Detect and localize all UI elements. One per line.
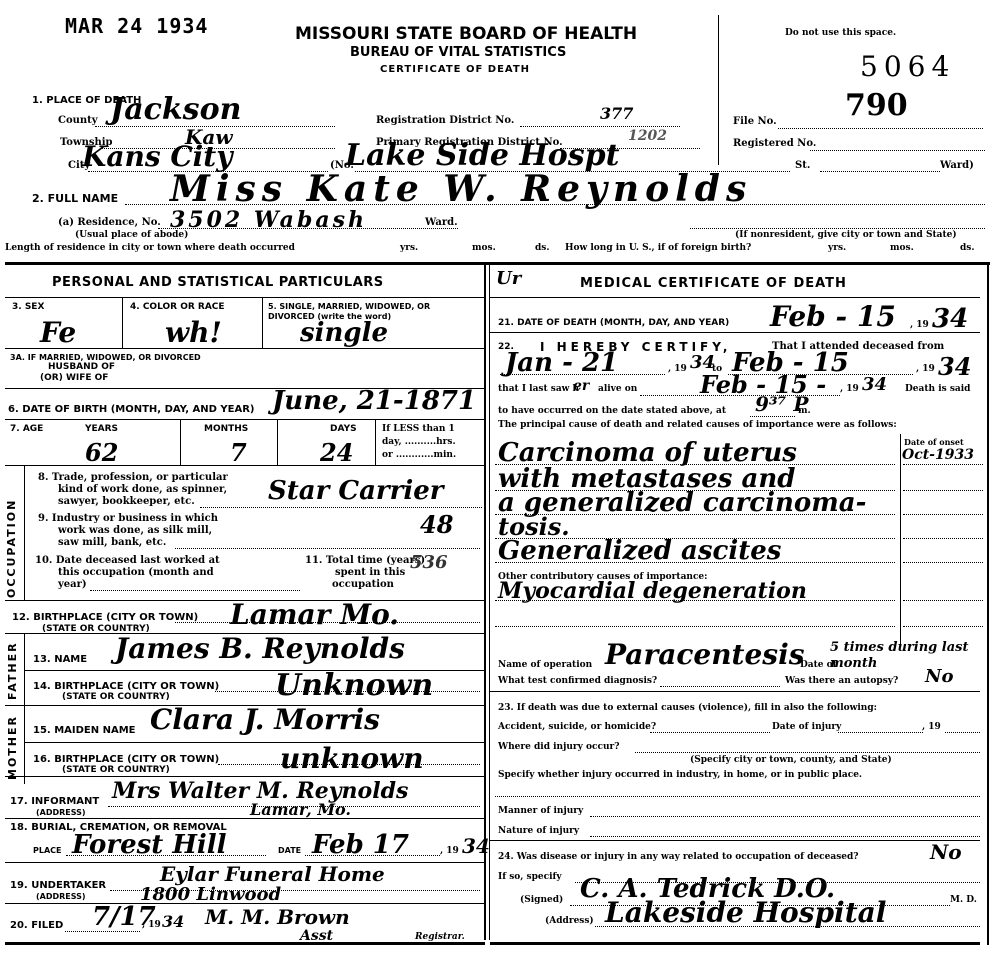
occupational-value: No [930,840,962,864]
cause-5: Generalized ascites [498,536,781,566]
filed-year: 34 [162,912,184,931]
manner-line [590,816,980,817]
burial-date-value: Feb 17 [312,830,409,860]
injury-year-prefix: , 19 [922,722,941,732]
injury-date-line [838,732,923,733]
autopsy-value: No [925,666,953,687]
foreign-mos-label: mos. [890,243,914,253]
injury-specify-label: Specify whether injury occurred in indus… [498,770,862,780]
total-time-label-2: spent in this [335,567,405,578]
last-saw-year-prefix: , 19 [840,384,859,394]
county-label: County [58,115,98,126]
file-no-label: File No. [733,116,777,127]
manner-label: Manner of injury [498,806,583,816]
principal-cause-label: The principal cause of death and related… [498,420,897,430]
injury-where-label: Where did injury occur? [498,742,620,752]
row-rule-21 [490,332,980,333]
total-time-label-1: 11. Total time (years) [305,555,425,566]
received-stamp-date: MAR 24 1934 [65,14,208,38]
office-divider [718,15,719,165]
mother-birthplace-label-1: 16. BIRTHPLACE (CITY OR TOWN) [33,754,219,765]
personal-title-rule [5,297,485,298]
header-divider-thick [5,262,990,265]
street-st-label: St. [795,160,810,171]
age-divider-1 [180,420,181,465]
trade-label-3: sawyer, bookkeeper, etc. [58,496,195,507]
mother-side-label: MOTHER [6,710,19,780]
residence-sublabel: (Usual place of abode) [75,230,188,240]
mother-birthplace-value: unknown [280,742,424,775]
onset-line-7 [903,626,983,627]
signed-label: (Signed) [520,895,563,905]
mother-name-label: 15. MAIDEN NAME [33,725,135,736]
date-of-birth-value: June, 21-1871 [272,386,476,416]
last-worked-label-1: 10. Date deceased last worked at [35,555,220,566]
injury-where-note: (Specify city or town, county, and State… [690,755,892,765]
undertaker-address: 1800 Linwood [140,884,281,905]
length-mos-label: mos. [472,243,496,253]
industry-line [175,548,480,549]
operation-value: Paracentesis [605,638,804,671]
marital-status-value: single [300,318,388,348]
father-side-label: FATHER [6,640,19,700]
last-saw-label: that I last saw h [498,384,579,394]
full-name-value: Miss Kate W. Reynolds [170,168,752,210]
onset-column-divider [900,434,901,644]
medical-section-title: MEDICAL CERTIFICATE OF DEATH [580,276,847,291]
age-divider-3 [375,420,376,465]
row-rule-6 [5,419,485,420]
operation-date-value: 5 times during last month [830,640,980,672]
last-saw-pronoun: er [573,378,589,394]
trade-label-1: 8. Trade, profession, or particular [38,472,228,483]
residence-label: (a) Residence, No. [58,217,161,228]
row-rule-3 [5,348,485,349]
sex-value: Fe [40,316,76,349]
spouse-label-2: HUSBAND OF [48,362,115,372]
registrar-name: M. M. Brown [205,905,350,929]
nature-line [590,836,980,837]
medical-corner-mark: Ur [496,268,521,289]
industry-note: 48 [420,510,453,539]
nonresident-note: (If nonresident, give city or town and S… [735,230,957,240]
file-no-line [778,128,983,129]
father-birthplace-value: Unknown [275,668,433,703]
onset-line-5 [903,562,983,563]
registration-district-label: Registration District No. [376,115,514,126]
medical-title-rule [490,297,980,298]
row-rule-19 [5,903,485,904]
attended-from-year-prefix: , 19 [668,364,687,374]
birthplace-value: Lamar Mo. [230,598,399,631]
age-label: 7. AGE [10,424,43,434]
registration-district-line [520,126,680,127]
test-confirmed-line [660,686,780,687]
mother-birthplace-label-2: (STATE OR COUNTRY) [62,765,170,775]
alive-on-label: alive on [598,384,637,394]
less-than-day-2: day, ..........hrs. [382,437,456,447]
row-rule-23 [490,840,980,841]
age-months-label: MONTHS [204,424,248,434]
physician-address: Lakeside Hospital [605,896,886,929]
row-rule-17 [5,818,485,819]
last-worked-label-2: this occupation (month and [58,567,214,578]
death-said-label: Death is said [905,384,970,394]
md-label: M. D. [950,895,977,905]
undertaker-name: Eylar Funeral Home [160,862,385,886]
industry-label-2: work was done, as silk mill, [58,525,212,536]
trade-label-2: kind of work done, as spinner, [58,484,227,495]
burial-date-label: DATE [278,846,301,855]
onset-line-3 [903,514,983,515]
right-border [987,265,989,945]
father-birthplace-label-2: (STATE OR COUNTRY) [62,692,170,702]
length-of-residence-label: Length of residence in city or town wher… [5,243,295,253]
trade-line [200,507,482,508]
nonresident-line [690,228,985,229]
total-time-label-3: occupation [332,579,394,590]
nature-label: Nature of injury [498,826,579,836]
burial-year-prefix: , 19 [440,846,459,856]
age-months-value: 7 [230,438,247,467]
date-of-death-value: Feb - 15 [770,300,896,333]
test-confirmed-label: What test confirmed diagnosis? [498,676,657,686]
mother-name-value: Clara J. Morris [150,703,380,736]
undertaker-address-label: (ADDRESS) [36,892,86,901]
foreign-birth-label: How long in U. S., if of foreign birth? [565,243,751,253]
informant-address-label: (ADDRESS) [36,808,86,817]
age-divider-2 [277,420,278,465]
registered-no-label: Registered No. [733,138,816,149]
form-subtitle: BUREAU OF VITAL STATISTICS [350,45,566,60]
physician-address-label: (Address) [545,916,594,926]
onset-line-2 [903,490,983,491]
county-value: Jackson [110,92,241,127]
father-name-value: James B. Reynolds [115,632,405,665]
occupation-side-rule [24,466,25,601]
date-of-death-year-prefix: , 19 [910,320,929,330]
burial-place-value: Forest Hill [72,830,227,860]
age-days-value: 24 [320,438,353,467]
occurred-at-label: to have occurred on the date stated abov… [498,406,726,416]
color-marital-divider [262,298,263,348]
industry-label-1: 9. Industry or business in which [38,513,218,524]
bottom-rule-left [5,942,485,945]
burial-year-value: 34 [462,834,490,858]
registrar-label: Registrar. [415,932,465,942]
contributory-value: Myocardial degeneration [498,578,807,604]
date-of-death-year: 34 [932,304,968,334]
operation-label: Name of operation [498,660,592,670]
last-worked-line [90,590,300,591]
form-doc-type: CERTIFICATE OF DEATH [380,64,530,75]
form-title: MISSOURI STATE BOARD OF HEALTH [295,24,637,44]
foreign-ds-label: ds. [960,243,975,253]
onset-line-1 [903,464,983,465]
attended-from-value: Jan - 21 [505,348,618,378]
onset-label: Date of onset [904,437,964,447]
foreign-yrs-label: yrs. [828,243,846,253]
sex-color-divider [122,298,123,348]
injury-year-line [945,732,980,733]
office-number: 5064 [860,50,955,83]
row-rule-22 [490,691,980,692]
time-line [750,416,795,417]
trade-value: Star Carrier [268,476,443,506]
injury-specify-line [495,796,980,797]
onset-date: Oct-1933 [902,447,974,463]
office-use-note: Do not use this space. [785,28,896,38]
attended-to-year-prefix: , 19 [916,364,935,374]
external-causes-label: 23. If death was due to external causes … [498,703,877,713]
time-m-label: m. [798,406,811,416]
father-side-rule [24,634,25,784]
length-ds-label: ds. [535,243,550,253]
contributory-line-2 [495,626,895,627]
last-worked-label-3: year) [58,579,87,590]
burial-place-label: PLACE [33,846,62,855]
spouse-label-1: 3A. IF MARRIED, WIDOWED, OR DIVORCED [10,353,201,362]
filed-year-prefix: , 19 [142,920,161,930]
residence-ward-label: Ward. [425,217,458,228]
filed-label: 20. FILED [10,920,63,931]
less-than-day-1: If LESS than 1 [382,424,455,434]
sex-label: 3. SEX [12,302,44,312]
onset-line-4 [903,538,983,539]
residence-value: 3502 Wabash [170,207,367,233]
father-name-label: 13. NAME [33,654,87,665]
color-race-value: wh! [165,316,222,349]
color-race-label: 4. COLOR OR RACE [130,302,225,312]
onset-line-6 [903,600,983,601]
date-of-death-label: 21. DATE OF DEATH (MONTH, DAY, AND YEAR) [498,318,729,328]
date-of-birth-label: 6. DATE OF BIRTH (MONTH, DAY, AND YEAR) [8,404,255,415]
age-days-label: DAYS [330,424,357,434]
registration-district-value: 377 [600,104,633,123]
bottom-rule-right [490,942,980,945]
primary-registration-value: 1202 [628,128,667,144]
ward-line [820,171,940,172]
injury-where-line [635,752,980,753]
accident-label: Accident, suicide, or homicide? [498,722,656,732]
personal-section-title: PERSONAL AND STATISTICAL PARTICULARS [52,275,384,290]
autopsy-label: Was there an autopsy? [785,676,898,686]
length-yrs-label: yrs. [400,243,418,253]
age-years-value: 62 [85,438,118,467]
injury-date-label: Date of injury [772,722,841,732]
occupational-label: 24. Was disease or injury in any way rel… [498,852,859,862]
less-than-day-3: or ............min. [382,450,456,460]
father-birthplace-label-1: 14. BIRTHPLACE (CITY OR TOWN) [33,681,219,692]
undertaker-label: 19. UNDERTAKER [10,880,106,891]
accident-line [650,732,770,733]
total-time-note: 536 [410,552,448,573]
birthplace-label-1: 12. BIRTHPLACE (CITY OR TOWN) [12,612,198,623]
row-rule-7 [5,465,485,466]
full-name-label: 2. FULL NAME [32,192,118,205]
attended-to-year: 34 [938,352,971,381]
registered-no-line [810,150,985,151]
age-years-label: YEARS [85,424,118,434]
file-number: 790 [845,88,908,123]
informant-address: Lamar, Mo. [250,800,351,819]
industry-label-3: saw mill, bank, etc. [58,537,166,548]
last-saw-year: 34 [862,374,887,395]
row-rule-16 [5,776,485,777]
occupation-side-label: OCCUPATION [5,478,18,598]
informant-label: 17. INFORMANT [10,796,99,807]
spouse-label-3: (OR) WIFE OF [40,373,108,383]
if-so-label: If so, specify [498,872,562,882]
ward-label: Ward) [940,160,974,171]
